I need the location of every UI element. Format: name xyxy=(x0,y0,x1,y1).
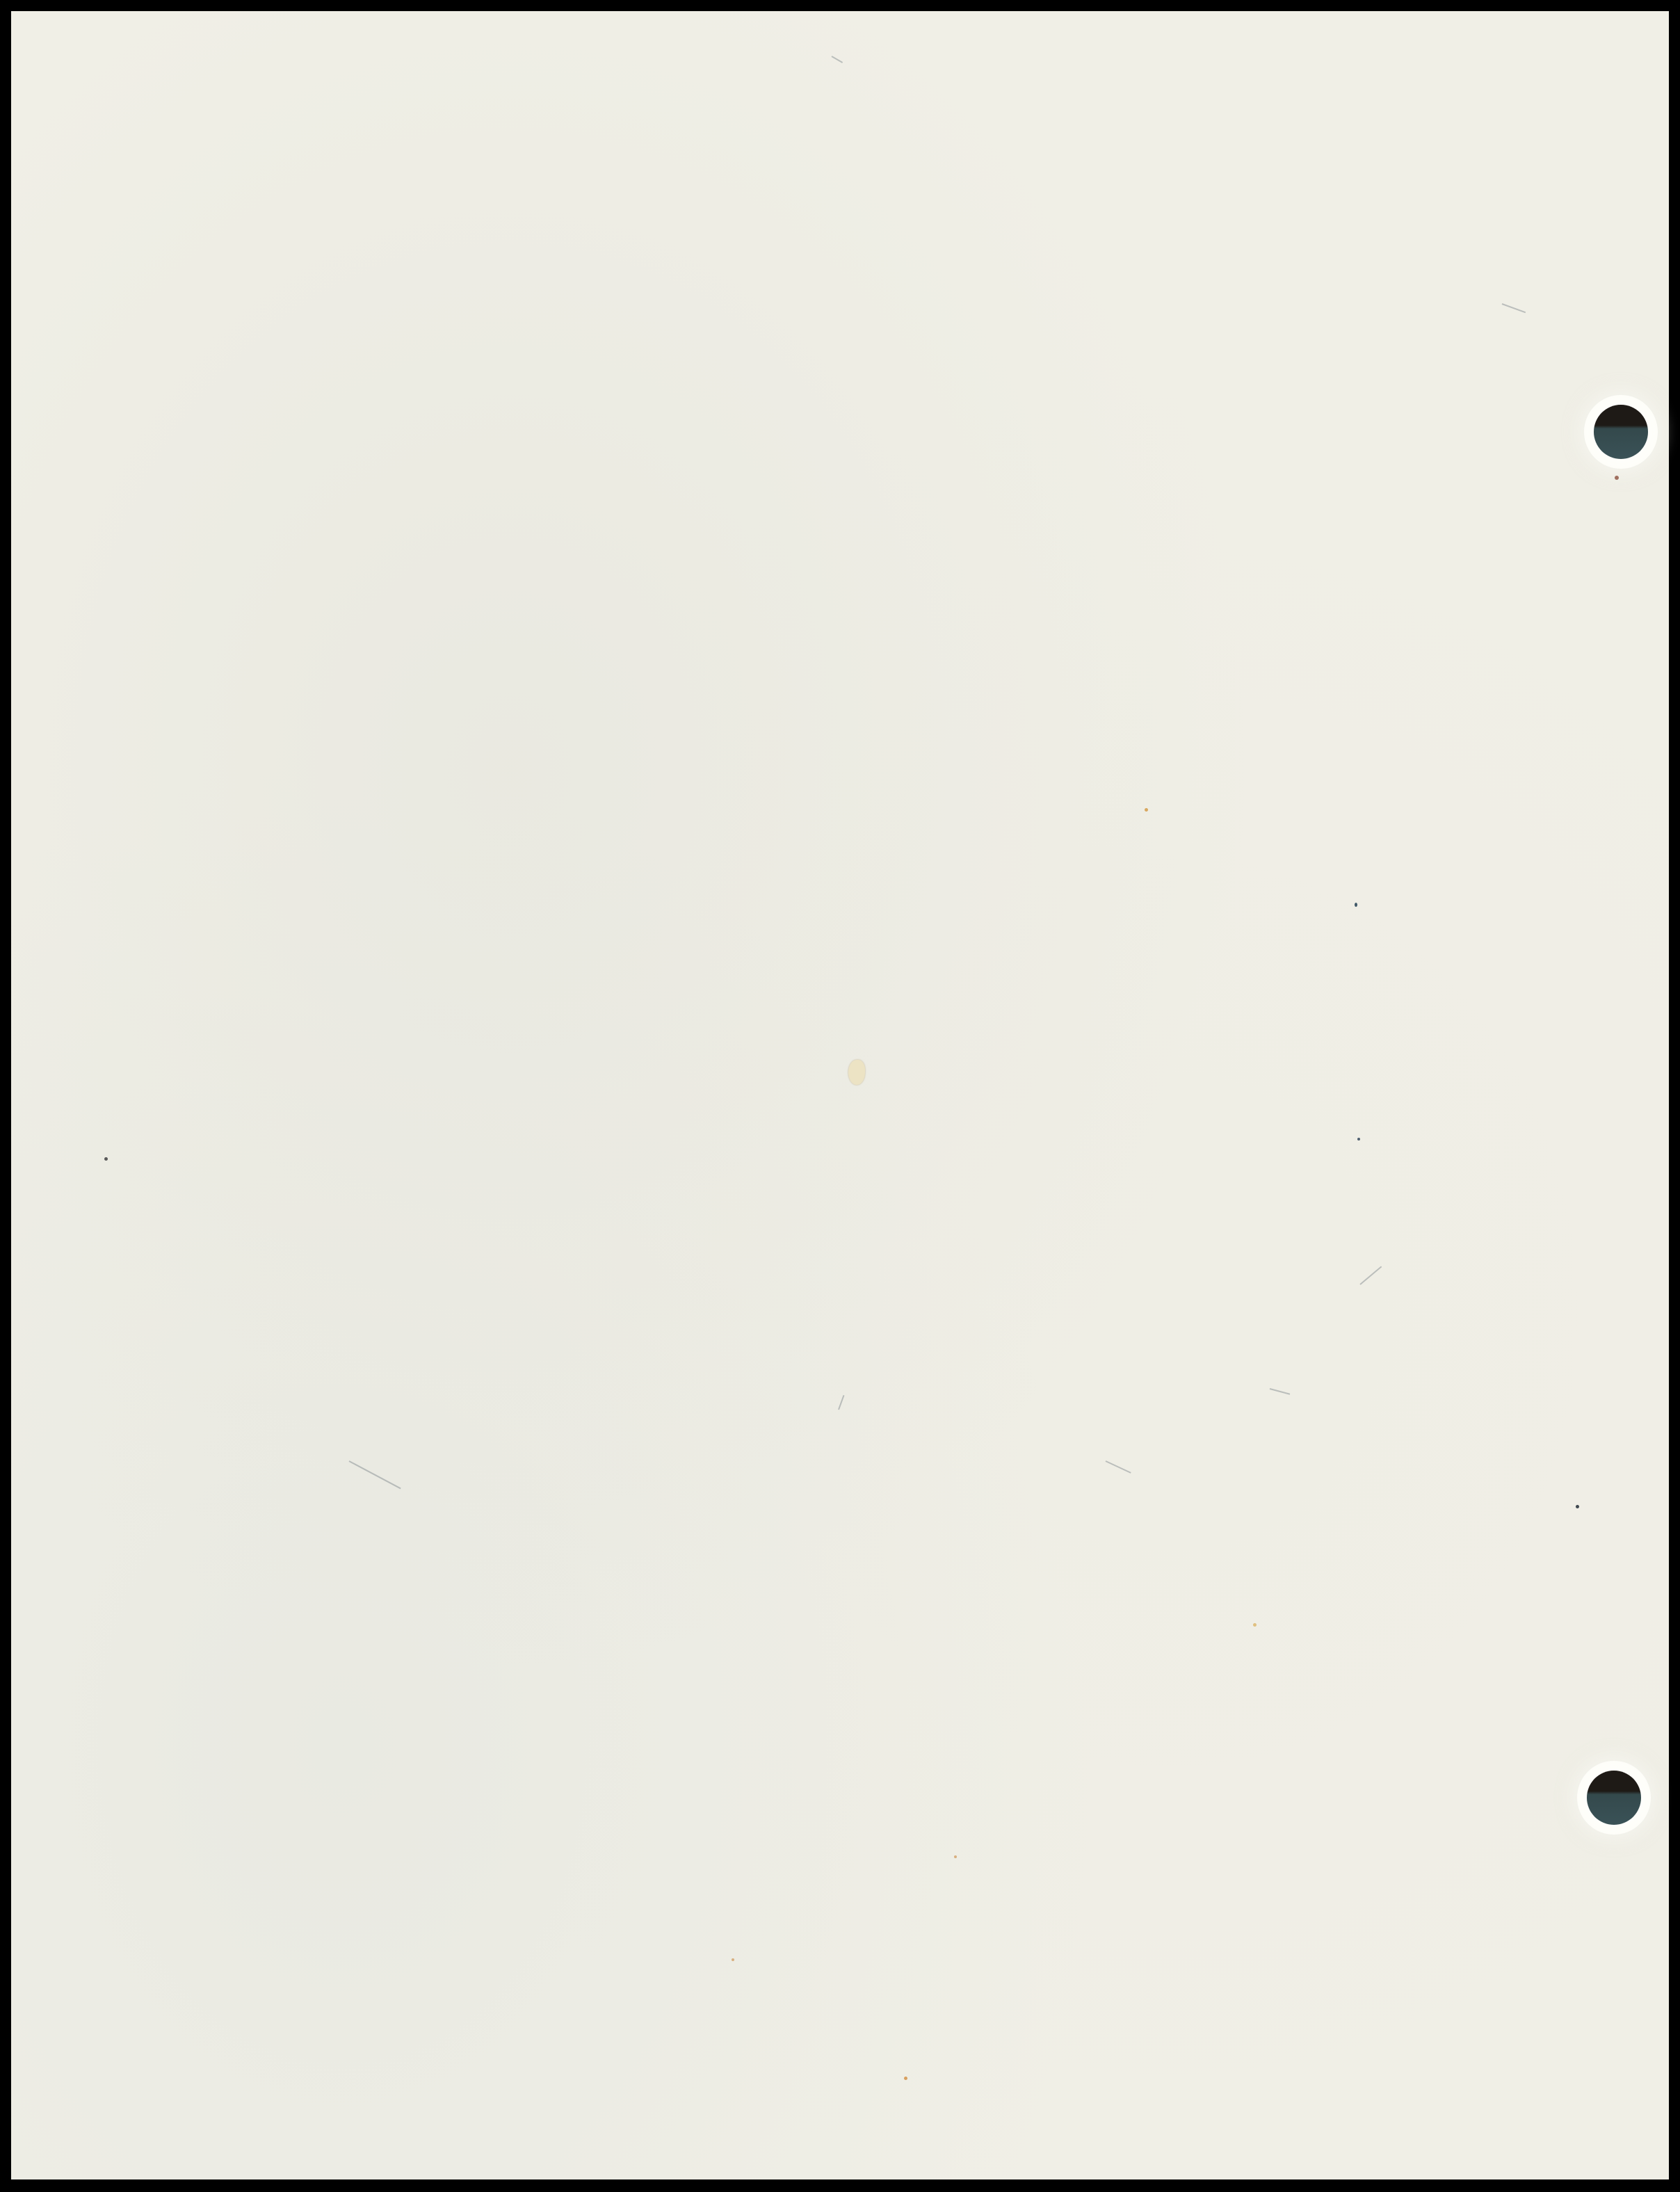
paper-speck xyxy=(104,1157,108,1161)
paper-fiber xyxy=(838,1395,844,1410)
paper-speck xyxy=(1357,1138,1360,1141)
paper-speck xyxy=(904,2077,907,2080)
paper-fiber xyxy=(832,56,843,63)
paper-speck xyxy=(1145,808,1148,812)
paper-speck xyxy=(1615,476,1619,480)
scan-border xyxy=(0,0,1680,2192)
paper-speck xyxy=(954,1855,957,1858)
punch-hole-top xyxy=(1594,405,1648,459)
paper-speck xyxy=(732,1958,734,1961)
paper-speck xyxy=(1253,1623,1257,1627)
blank-paper-page xyxy=(11,11,1669,2179)
paper-speck xyxy=(1576,1505,1579,1508)
paper-fiber xyxy=(1106,1460,1131,1474)
punch-hole-bottom xyxy=(1587,1771,1641,1825)
paper-fiber xyxy=(1359,1266,1382,1285)
paper-fiber xyxy=(349,1460,401,1489)
paper-fiber xyxy=(1270,1388,1290,1395)
paper-speck xyxy=(1355,903,1357,907)
paper-fiber xyxy=(1502,303,1526,313)
paper-speck-blob xyxy=(848,1060,865,1085)
